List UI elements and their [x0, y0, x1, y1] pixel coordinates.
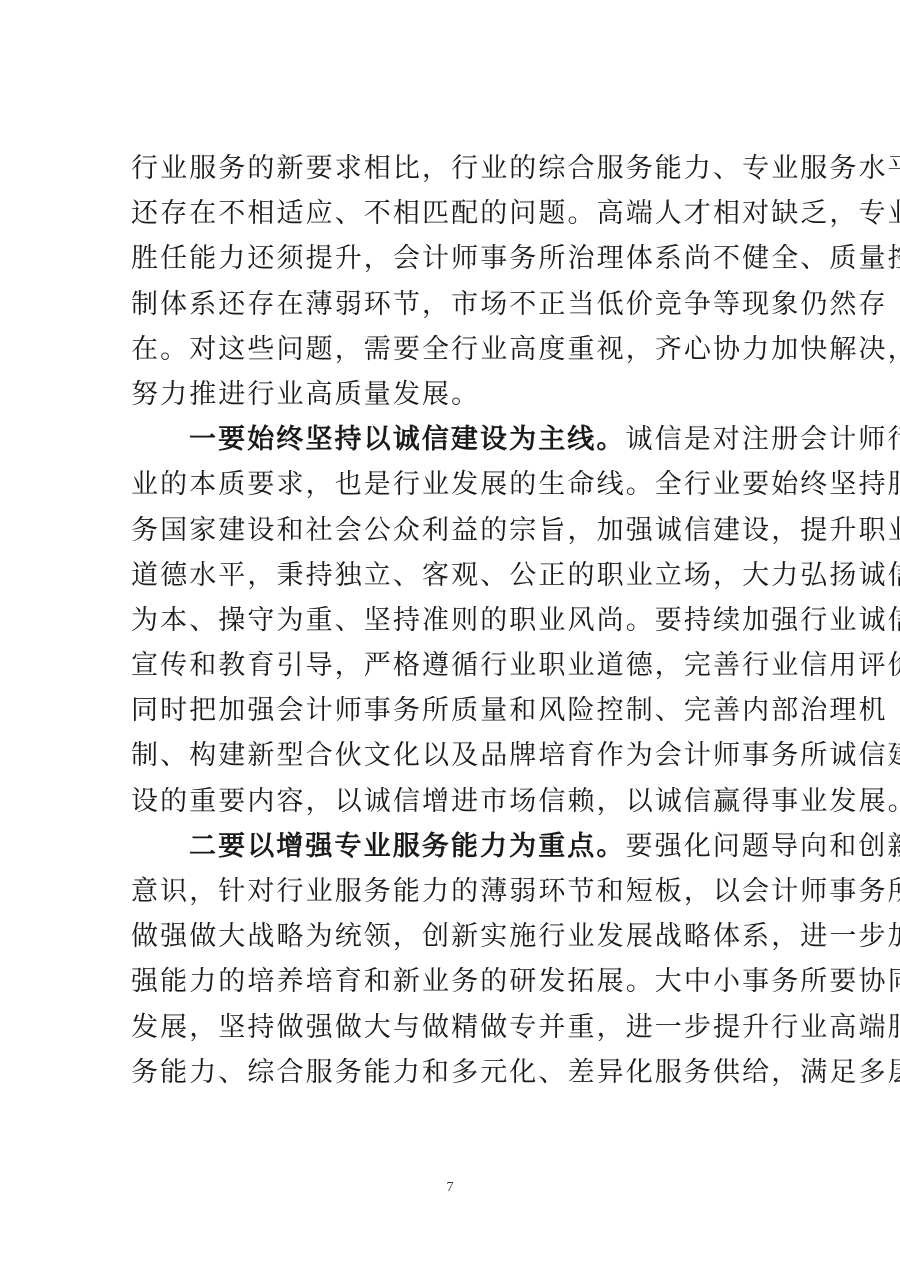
paragraph-first-line: 一要始终坚持以诚信建设为主线。诚信是对注册会计师行 — [131, 417, 773, 462]
text-line: 宣传和教育引导，严格遵循行业职业道德，完善行业信用评价， — [131, 643, 773, 688]
section-heading-integrity: 一要始终坚持以诚信建设为主线。 — [189, 424, 626, 455]
text-line: 行业服务的新要求相比，行业的综合服务能力、专业服务水平 — [131, 146, 773, 191]
text-line: 在。对这些问题，需要全行业高度重视，齐心协力加快解决， — [131, 327, 773, 372]
text-line: 意识，针对行业服务能力的薄弱环节和短板，以会计师事务所 — [131, 869, 773, 914]
body-text: 行业服务的新要求相比，行业的综合服务能力、专业服务水平 还存在不相适应、不相匹配… — [131, 146, 773, 1095]
text-line: 道德水平，秉持独立、客观、公正的职业立场，大力弘扬诚信 — [131, 553, 773, 598]
text-line: 业的本质要求，也是行业发展的生命线。全行业要始终坚持服 — [131, 462, 773, 507]
section-heading-professional-service: 二要以增强专业服务能力为重点。 — [189, 831, 626, 862]
text-line: 制体系还存在薄弱环节，市场不正当低价竞争等现象仍然存 — [131, 282, 773, 327]
text-span: 要强化问题导向和创新 — [626, 831, 900, 862]
text-line: 务国家建设和社会公众利益的宗旨，加强诚信建设，提升职业 — [131, 508, 773, 553]
document-page: 行业服务的新要求相比，行业的综合服务能力、专业服务水平 还存在不相适应、不相匹配… — [0, 0, 900, 1273]
text-line: 务能力、综合服务能力和多元化、差异化服务供给，满足多层 — [131, 1050, 773, 1095]
text-line: 努力推进行业高质量发展。 — [131, 372, 773, 417]
text-line: 发展，坚持做强做大与做精做专并重，进一步提升行业高端服 — [131, 1005, 773, 1050]
text-line: 做强做大战略为统领，创新实施行业发展战略体系，进一步加 — [131, 914, 773, 959]
text-line: 胜任能力还须提升，会计师事务所治理体系尚不健全、质量控 — [131, 236, 773, 281]
text-span: 诚信是对注册会计师行 — [626, 424, 900, 455]
text-line: 强能力的培养培育和新业务的研发拓展。大中小事务所要协同 — [131, 959, 773, 1004]
page-number: 7 — [0, 1180, 900, 1196]
text-line: 同时把加强会计师事务所质量和风险控制、完善内部治理机 — [131, 688, 773, 733]
text-line: 制、构建新型合伙文化以及品牌培育作为会计师事务所诚信建 — [131, 733, 773, 778]
text-line: 设的重要内容，以诚信增进市场信赖，以诚信赢得事业发展。 — [131, 779, 773, 824]
text-line: 还存在不相适应、不相匹配的问题。高端人才相对缺乏，专业 — [131, 191, 773, 236]
paragraph-first-line: 二要以增强专业服务能力为重点。要强化问题导向和创新 — [131, 824, 773, 869]
text-line: 为本、操守为重、坚持准则的职业风尚。要持续加强行业诚信 — [131, 598, 773, 643]
